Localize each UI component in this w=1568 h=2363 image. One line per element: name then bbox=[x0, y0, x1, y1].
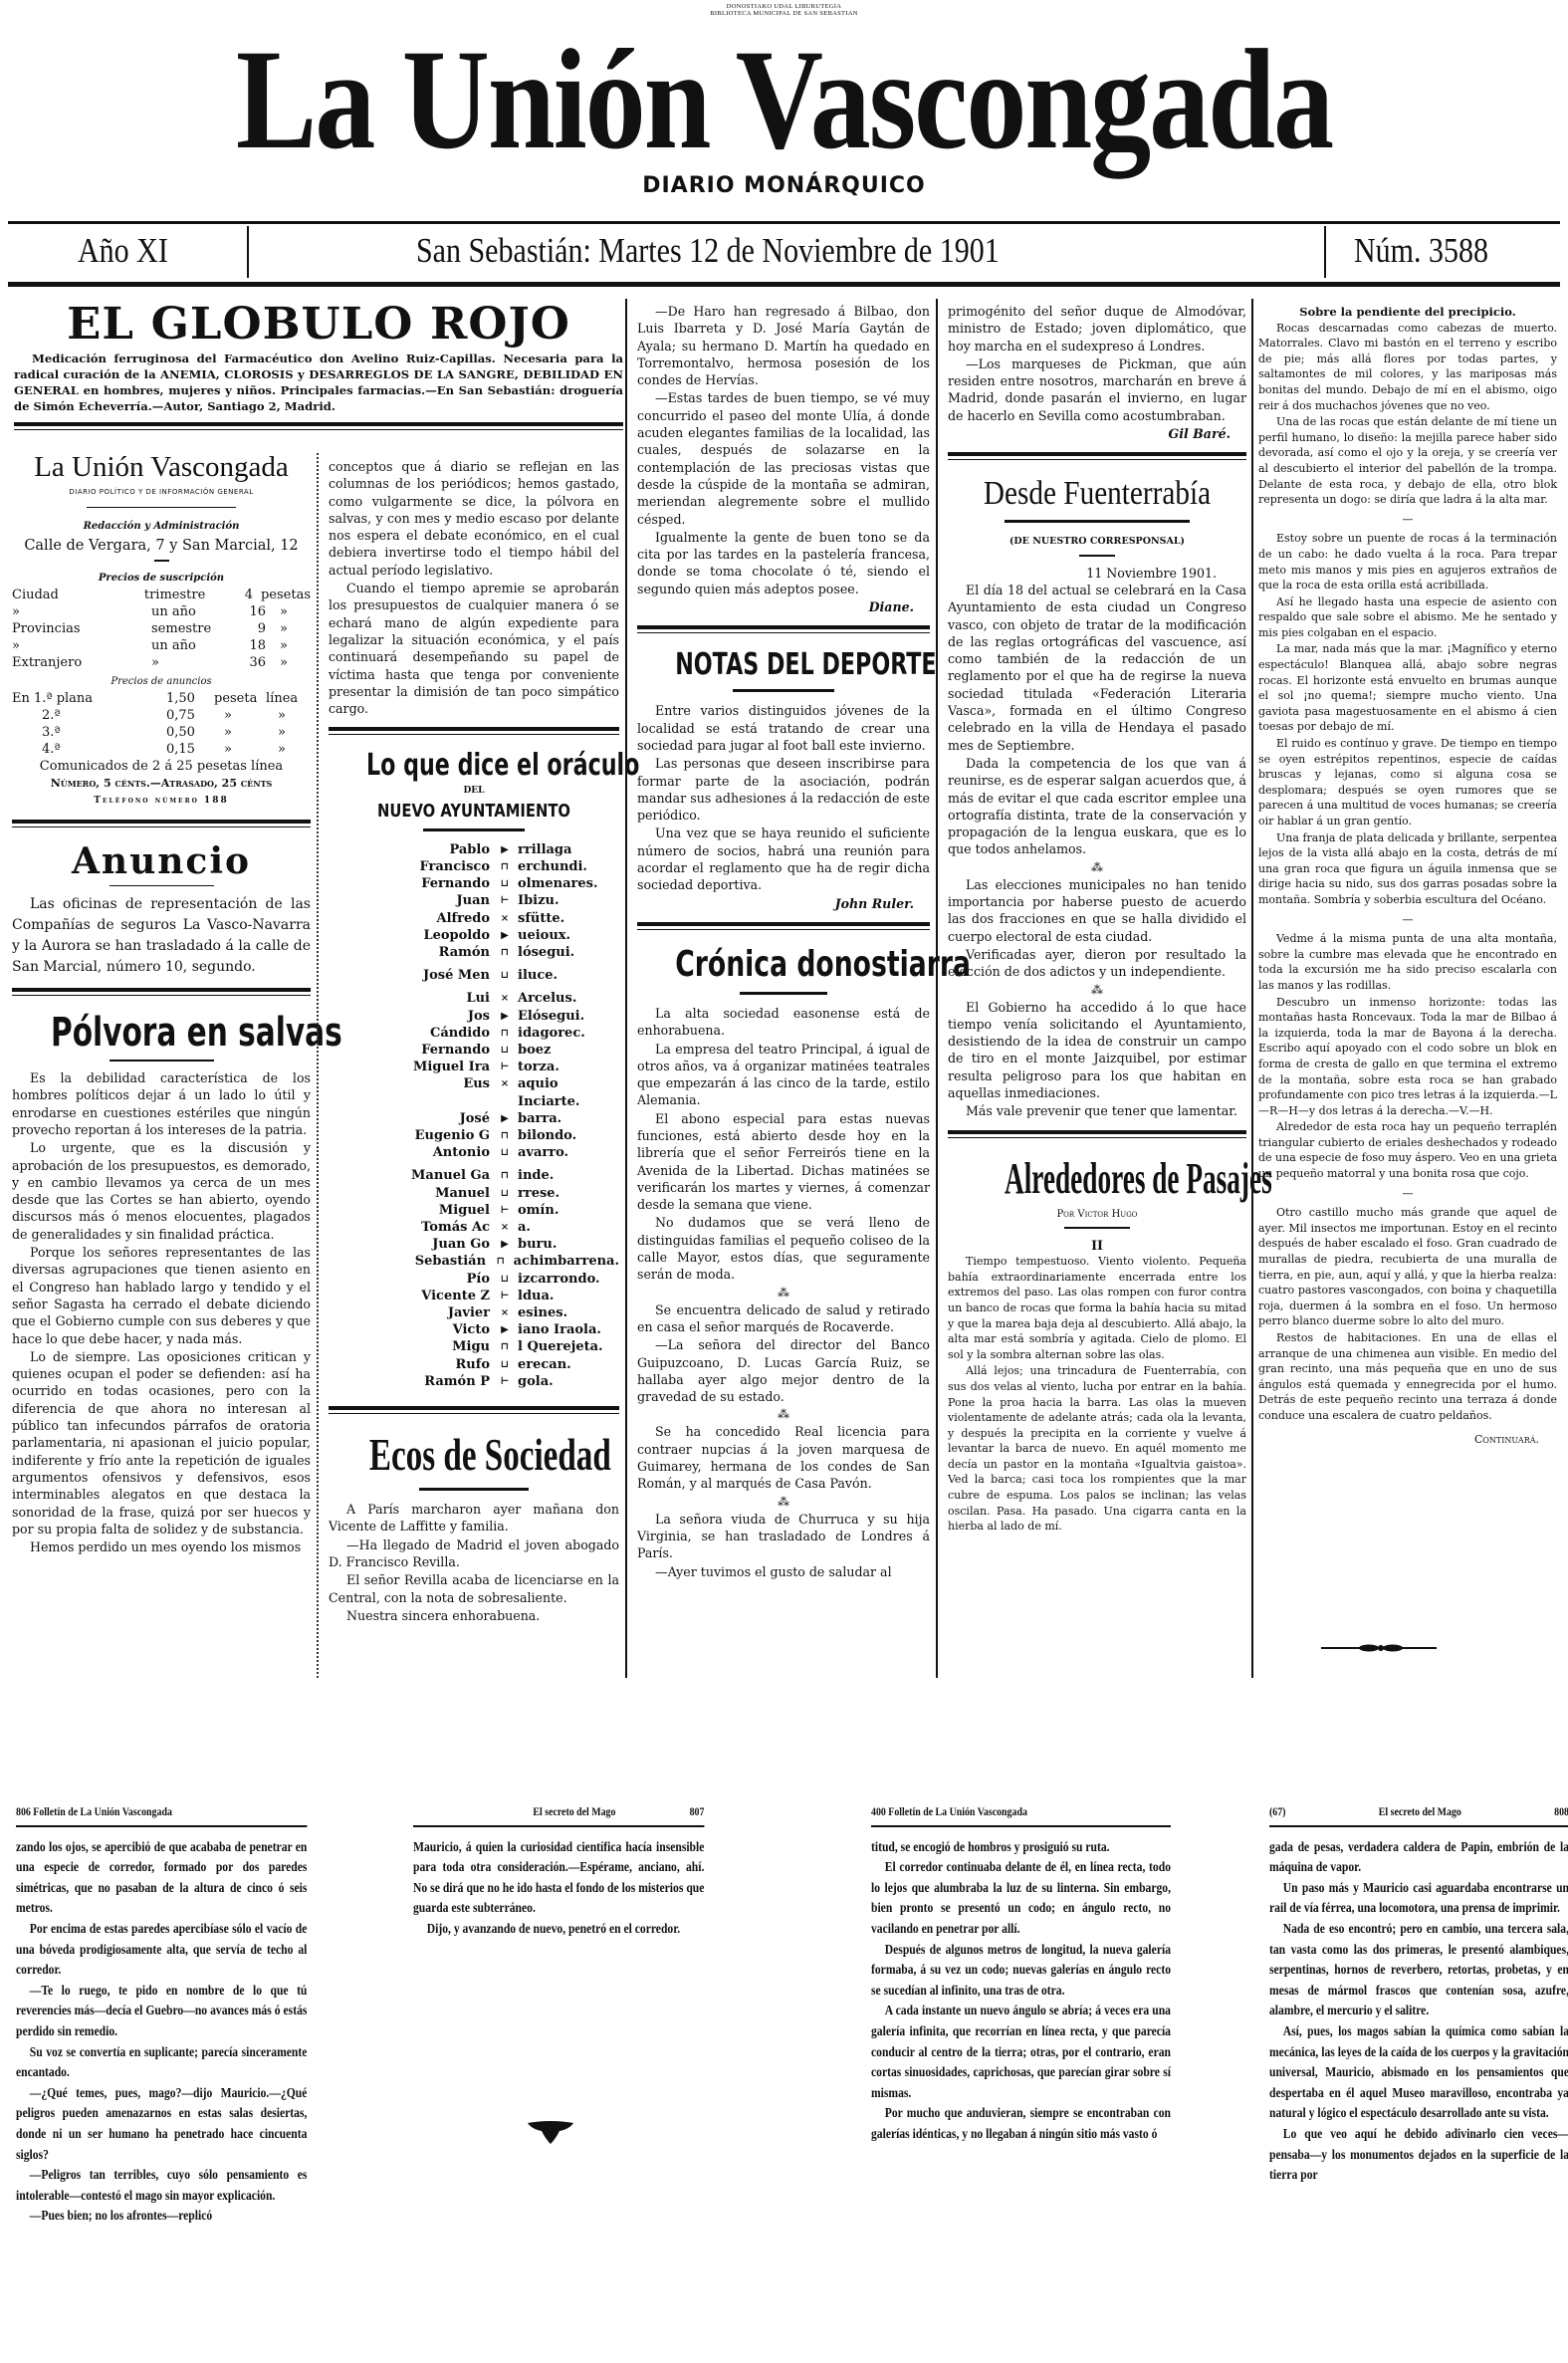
paragraph: —La señora del director del Banco Guipuz… bbox=[637, 1336, 930, 1405]
paragraph: La señora viuda de Churruca y su hija Vi… bbox=[637, 1511, 930, 1562]
cipher-glyph-icon: ⨯ bbox=[496, 990, 514, 1007]
issue-year: Año XI bbox=[78, 232, 168, 271]
cipher-glyph-icon: ⨯ bbox=[496, 1075, 514, 1109]
paragraph: Se ha concedido Real licencia para contr… bbox=[637, 1423, 930, 1492]
anuncio-text: Las oficinas de representación de las Co… bbox=[12, 894, 311, 978]
fuenterrabia-title: Desde Fuenterrabía bbox=[969, 474, 1226, 514]
oraculo-given-name: Cándido bbox=[329, 1025, 496, 1042]
oraculo-row: Ramón P⊢gola. bbox=[329, 1373, 619, 1390]
oraculo-row: José▶barra. bbox=[329, 1110, 619, 1127]
paragraph: titud, se encogió de hombros y prosiguió… bbox=[871, 1837, 1171, 1858]
oraculo-row: Victo▶iano Iraola. bbox=[329, 1321, 619, 1338]
paragraph: Lo de siempre. Las oposiciones critican … bbox=[12, 1348, 311, 1537]
ads-table: En 1.ª plana1,50pesetalínea 2.ª0,75»» 3.… bbox=[12, 690, 311, 758]
cipher-glyph-icon: ⨯ bbox=[496, 1219, 514, 1236]
paragraph: Dada la competencia de los que van á reu… bbox=[948, 755, 1246, 858]
signature: Gil Baré. bbox=[948, 425, 1246, 442]
polvora-title: Pólvora en salvas bbox=[51, 1010, 272, 1056]
oraculo-given-name: Vicente Z bbox=[329, 1288, 496, 1304]
oraculo-surname-fragment: bilondo. bbox=[514, 1127, 619, 1144]
oraculo-row: Fernando⊔boez bbox=[329, 1042, 619, 1059]
article-pasajes: Alrededores de Pasajes Por Victor Hugo I… bbox=[948, 1152, 1246, 1535]
divider bbox=[329, 727, 619, 735]
column-3: —De Haro han regresado á Bilbao, don Lui… bbox=[637, 303, 930, 1581]
paragraph: El señor Revilla acaba de licenciarse en… bbox=[329, 1571, 619, 1606]
divider bbox=[948, 452, 1246, 460]
oraculo-row: Pablo▶rrillaga bbox=[329, 841, 619, 858]
issue-date: San Sebastián: Martes 12 de Noviembre de… bbox=[416, 232, 1000, 271]
asterism: ⁂ bbox=[637, 1496, 930, 1508]
oraculo-surname-fragment: torza. bbox=[514, 1059, 619, 1075]
cipher-glyph-icon: ⊔ bbox=[496, 1042, 514, 1059]
paragraph: Estoy sobre un puente de rocas á la term… bbox=[1258, 531, 1557, 592]
paragraph: zando los ojos, se apercibió de que acab… bbox=[16, 1837, 307, 1919]
oraculo-given-name: Eus bbox=[329, 1075, 496, 1109]
oraculo-given-name: Eugenio G bbox=[329, 1127, 496, 1144]
paragraph: Cuando el tiempo apremie se aprobarán lo… bbox=[329, 580, 619, 717]
issue-prices: Número, 5 cénts.—Atrasado, 25 cénts bbox=[12, 775, 311, 792]
oraculo-surname-fragment: achimbarrena. bbox=[510, 1253, 619, 1270]
oraculo-given-name: Juan Go bbox=[329, 1236, 496, 1253]
oraculo-row: Lui⨯Arcelus. bbox=[329, 990, 619, 1007]
divider bbox=[948, 1130, 1246, 1138]
oraculo-surname-fragment: avarro. bbox=[514, 1144, 619, 1161]
paragraph: La alta sociedad easonense está de enhor… bbox=[637, 1005, 930, 1040]
oraculo-row: Eugenio G⊓bilondo. bbox=[329, 1127, 619, 1144]
paragraph: —Estas tardes de buen tiempo, se vé muy … bbox=[637, 389, 930, 527]
anuncio-title: Anuncio bbox=[12, 841, 311, 881]
paragraph: —Pues bien; no los afrontes—replicó bbox=[16, 2206, 307, 2227]
article-deporte: NOTAS DEL DEPORTE Entre varios distingui… bbox=[637, 647, 930, 912]
divider bbox=[419, 1488, 530, 1491]
dateline-bar: Año XI San Sebastián: Martes 12 de Novie… bbox=[8, 221, 1560, 287]
paragraph: El ruido es contínuo y grave. De tiempo … bbox=[1258, 736, 1557, 829]
archive-stamp-line: BIBLIOTECA MUNICIPAL DE SAN SEBASTIAN bbox=[0, 10, 1568, 17]
paragraph: primogénito del señor duque de Almodóvar… bbox=[948, 303, 1246, 354]
oraculo-row: Miguel Ira⊢torza. bbox=[329, 1059, 619, 1075]
oraculo-surname-fragment: Elósegui. bbox=[514, 1008, 619, 1025]
oraculo-surname-fragment: Ibizu. bbox=[514, 892, 619, 909]
cipher-glyph-icon: ⊔ bbox=[496, 875, 514, 892]
pasajes-title: Alrededores de Pasajes bbox=[1005, 1152, 1190, 1206]
divider bbox=[154, 560, 169, 562]
divider bbox=[1079, 555, 1115, 557]
folletin-header: (67)El secreto del Mago808 bbox=[1269, 1802, 1568, 1827]
cipher-glyph-icon: ⊔ bbox=[496, 1271, 514, 1288]
oraculo-surname-fragment: rrese. bbox=[514, 1185, 619, 1202]
paragraph: Lo que veo aquí he debido adivinarlo cie… bbox=[1269, 2124, 1568, 2186]
paragraph: Nuestra sincera enhorabuena. bbox=[329, 1607, 619, 1624]
paragraph: —Peligros tan terribles, cuyo sólo pensa… bbox=[16, 2165, 307, 2206]
ad-title: EL GLOBULO ROJO bbox=[8, 299, 629, 351]
info-box: La Unión Vascongada DIARIO POLÍTICO Y DE… bbox=[12, 450, 311, 810]
article-anuncio: Anuncio Las oficinas de representación d… bbox=[12, 841, 311, 978]
paragraph: Una franja de plata delicada y brillante… bbox=[1258, 830, 1557, 908]
paragraph: Igualmente la gente de buen tono se da c… bbox=[637, 529, 930, 597]
cronica-title: Crónica donostiarra bbox=[675, 944, 892, 986]
paragraph: El Gobierno ha accedido á lo que hace ti… bbox=[948, 999, 1246, 1102]
oraculo-given-name: Migu bbox=[329, 1338, 496, 1355]
oraculo-given-name: Rufo bbox=[329, 1356, 496, 1373]
oraculo-row: Antonio⊔avarro. bbox=[329, 1144, 619, 1161]
paragraph: Se encuentra delicado de salud y retirad… bbox=[637, 1301, 930, 1336]
paragraph: Un paso más y Mauricio casi aguardaba en… bbox=[1269, 1878, 1568, 1919]
oraculo-row: Fernando⊔olmenares. bbox=[329, 875, 619, 892]
precipicio-title: Sobre la pendiente del precipicio. bbox=[1258, 305, 1557, 321]
oraculo-given-name: Manuel Ga bbox=[329, 1167, 496, 1184]
divider bbox=[12, 820, 311, 827]
fuenterrabia-date: 11 Noviembre 1901. bbox=[948, 565, 1246, 582]
oraculo-row: Juan Go▶buru. bbox=[329, 1236, 619, 1253]
oraculo-given-name: Alfredo bbox=[329, 910, 496, 927]
cipher-glyph-icon: ▶ bbox=[496, 1321, 514, 1338]
divider bbox=[329, 1406, 619, 1414]
oraculo-given-name: Juan bbox=[329, 892, 496, 909]
divider bbox=[733, 689, 835, 692]
divider bbox=[740, 992, 827, 995]
ads-row: 2.ª0,75»» bbox=[12, 707, 311, 724]
cipher-glyph-icon: ⊓ bbox=[492, 1253, 510, 1270]
divider bbox=[1064, 1227, 1130, 1229]
paragraph: Tiempo tempestuoso. Viento violento. Peq… bbox=[948, 1254, 1246, 1362]
ad-globulo-rojo: EL GLOBULO ROJO Medicación ferruginosa d… bbox=[14, 299, 623, 430]
oraculo-surname-fragment: erchundi. bbox=[514, 858, 619, 875]
column-rule bbox=[936, 299, 938, 1678]
paragraph: gada de pesas, verdadera caldera de Papi… bbox=[1269, 1837, 1568, 1878]
oraculo-row: Vicente Z⊢ldua. bbox=[329, 1288, 619, 1304]
oraculo-row: Francisco⊓erchundi. bbox=[329, 858, 619, 875]
ads-label: Precios de anuncios bbox=[12, 673, 311, 690]
article-ecos: Ecos de Sociedad A París marcharon ayer … bbox=[329, 1428, 619, 1624]
oraculo-row: Jos▶Elósegui. bbox=[329, 1008, 619, 1025]
folletin-header: El secreto del Mago807 bbox=[413, 1802, 704, 1827]
cipher-glyph-icon: ⊔ bbox=[496, 1356, 514, 1373]
paragraph: El corredor continuaba delante de él, en… bbox=[871, 1857, 1171, 1939]
oraculo-surname-fragment: boez bbox=[514, 1042, 619, 1059]
column-1: La Unión Vascongada DIARIO POLÍTICO Y DE… bbox=[12, 450, 311, 1556]
oraculo-row: Manuel⊔rrese. bbox=[329, 1185, 619, 1202]
paragraph: Nada de eso encontró; pero en cambio, un… bbox=[1269, 1919, 1568, 2021]
paragraph: Dijo, y avanzando de nuevo, penetró en e… bbox=[413, 1919, 704, 1940]
subs-row: »un año16» bbox=[12, 603, 311, 620]
masthead-subtitle: DIARIO MONÁRQUICO bbox=[0, 173, 1568, 198]
cipher-glyph-icon: ⨯ bbox=[496, 910, 514, 927]
folletin-header: 400 Folletín de La Unión Vascongada bbox=[871, 1802, 1171, 1827]
paragraph: Verificadas ayer, dieron por resultado l… bbox=[948, 946, 1246, 981]
asterism: ⁂ bbox=[948, 984, 1246, 996]
oraculo-surname-fragment: lósegui. bbox=[514, 944, 619, 961]
spacer bbox=[329, 1390, 619, 1396]
asterism: ⁂ bbox=[637, 1287, 930, 1299]
cipher-glyph-icon: ⊓ bbox=[496, 1127, 514, 1144]
signature: John Ruler. bbox=[637, 895, 930, 912]
oraculo-given-name: Antonio bbox=[329, 1144, 496, 1161]
archive-stamp-line: DONOSTIAKO UDAL LIBURUTEGIA bbox=[0, 3, 1568, 10]
divider bbox=[423, 828, 525, 831]
cipher-glyph-icon: ▶ bbox=[496, 1008, 514, 1025]
oraculo-surname-fragment: erecan. bbox=[514, 1356, 619, 1373]
oraculo-row: Rufo⊔erecan. bbox=[329, 1356, 619, 1373]
folletin-page-806: 806 Folletín de La Unión Vascongada zand… bbox=[16, 1802, 307, 2227]
oraculo-surname-fragment: rrillaga bbox=[514, 841, 619, 858]
paragraph: conceptos que á diario se reflejan en la… bbox=[329, 458, 619, 579]
oraculo-row: Leopoldo▶ueioux. bbox=[329, 927, 619, 944]
paragraph: Así he llegado hasta una especie de asie… bbox=[1258, 594, 1557, 641]
oraculo-row: Alfredo⨯sfütte. bbox=[329, 910, 619, 927]
oraculo-given-name: Javier bbox=[329, 1304, 496, 1321]
issue-number: Núm. 3588 bbox=[1354, 232, 1488, 271]
oraculo-list: Pablo▶rrillagaFrancisco⊓erchundi.Fernand… bbox=[329, 841, 619, 1396]
oraculo-surname-fragment: sfütte. bbox=[514, 910, 619, 927]
cipher-glyph-icon: ⊢ bbox=[496, 1059, 514, 1075]
oraculo-given-name: Fernando bbox=[329, 1042, 496, 1059]
column-5: Sobre la pendiente del precipicio. Rocas… bbox=[1258, 305, 1557, 1447]
column-rule bbox=[625, 299, 627, 1678]
oraculo-given-name: Francisco bbox=[329, 858, 496, 875]
oraculo-given-name: Miguel Ira bbox=[329, 1059, 496, 1075]
oraculo-surname-fragment: omín. bbox=[514, 1202, 619, 1219]
paragraph: A París marcharon ayer mañana don Vicent… bbox=[329, 1501, 619, 1536]
divider bbox=[637, 625, 930, 633]
divider bbox=[637, 922, 930, 930]
admin-label: Redacción y Administración bbox=[12, 518, 311, 535]
paragraph: Así, pues, los magos sabían la química c… bbox=[1269, 2021, 1568, 2124]
subs-row: Ciudadtrimestre4pesetas bbox=[12, 587, 311, 603]
ads-row: En 1.ª plana1,50pesetalínea bbox=[12, 690, 311, 707]
cipher-glyph-icon: ⊓ bbox=[496, 1167, 514, 1184]
archive-stamp: DONOSTIAKO UDAL LIBURUTEGIA BIBLIOTECA M… bbox=[0, 3, 1568, 17]
column-rule bbox=[1251, 299, 1253, 1678]
oraculo-given-name: Leopoldo bbox=[329, 927, 496, 944]
deporte-title: NOTAS DEL DEPORTE bbox=[675, 647, 892, 683]
asterism: ⁂ bbox=[637, 1408, 930, 1420]
paragraph: Una de las rocas que están delante de mí… bbox=[1258, 414, 1557, 508]
article-oraculo: Lo que dice el oráculo DEL NUEVO AYUNTAM… bbox=[329, 749, 619, 1396]
paragraph: —Los marqueses de Pickman, que aún resid… bbox=[948, 355, 1246, 424]
oraculo-row: Ramón⊓lósegui. bbox=[329, 944, 619, 961]
asterism: ⁂ bbox=[948, 861, 1246, 873]
telefono: Teléfono número 188 bbox=[12, 793, 311, 810]
end-ornament-icon bbox=[1319, 1643, 1439, 1653]
oraculo-row: Sebastián⊓achimbarrena. bbox=[329, 1253, 619, 1270]
ads-row: 3.ª0,50»» bbox=[12, 724, 311, 741]
paragraph: Después de algunos metros de longitud, l… bbox=[871, 1940, 1171, 2002]
article-cronica: Crónica donostiarra La alta sociedad eas… bbox=[637, 944, 930, 1580]
oraculo-surname-fragment: aquio Inciarte. bbox=[514, 1075, 619, 1109]
oraculo-row: Eus⨯aquio Inciarte. bbox=[329, 1075, 619, 1109]
oraculo-given-name: Pablo bbox=[329, 841, 496, 858]
paragraph: Lo urgente, que es la discusión y aproba… bbox=[12, 1139, 311, 1243]
pasajes-section: II bbox=[948, 1237, 1246, 1254]
paragraph: La empresa del teatro Principal, á igual… bbox=[637, 1041, 930, 1109]
oraculo-given-name: Ramón bbox=[329, 944, 496, 961]
cipher-glyph-icon: ▶ bbox=[496, 841, 514, 858]
cipher-glyph-icon: ⊓ bbox=[496, 1025, 514, 1042]
cipher-glyph-icon: ⊓ bbox=[496, 1338, 514, 1355]
oraculo-row: José Men⊔iluce. bbox=[329, 967, 619, 984]
paragraph: Allá lejos; una trincadura de Fuenterrab… bbox=[948, 1363, 1246, 1535]
cipher-glyph-icon: ▶ bbox=[496, 1236, 514, 1253]
paragraph: Entre varios distinguidos jóvenes de la … bbox=[637, 702, 930, 754]
oraculo-surname-fragment: iano Iraola. bbox=[514, 1321, 619, 1338]
cipher-glyph-icon: ⊓ bbox=[496, 858, 514, 875]
oraculo-row: Juan⊢Ibizu. bbox=[329, 892, 619, 909]
oraculo-row: Cándido⊓idagorec. bbox=[329, 1025, 619, 1042]
comunicados: Comunicados de 2 á 25 pesetas línea bbox=[12, 758, 311, 775]
article-fuenterrabia: Desde Fuenterrabía (DE NUESTRO CORRESPON… bbox=[948, 474, 1246, 1119]
paragraph: Las personas que deseen inscribirse para… bbox=[637, 755, 930, 824]
section-break: — bbox=[1258, 1186, 1557, 1202]
oraculo-surname-fragment: inde. bbox=[514, 1167, 619, 1184]
paragraph: No dudamos que se verá lleno de distingu… bbox=[637, 1214, 930, 1283]
subs-table: Ciudadtrimestre4pesetas »un año16» Provi… bbox=[12, 587, 311, 671]
paragraph: —Te lo ruego, te pido en nombre de lo qu… bbox=[16, 1981, 307, 2042]
oraculo-surname-fragment: a. bbox=[514, 1219, 619, 1236]
oraculo-given-name: Sebastián bbox=[329, 1253, 492, 1270]
paragraph: —Ayer tuvimos el gusto de saludar al bbox=[637, 1563, 930, 1580]
divider bbox=[87, 507, 236, 508]
oraculo-given-name: José Men bbox=[329, 967, 496, 984]
masthead-title: La Unión Vascongada bbox=[0, 30, 1568, 171]
cipher-glyph-icon: ⊔ bbox=[496, 967, 514, 984]
paragraph: Más vale prevenir que tener que lamentar… bbox=[948, 1102, 1246, 1119]
pasajes-body: Tiempo tempestuoso. Viento violento. Peq… bbox=[948, 1254, 1246, 1535]
paragraph: Descubro un inmenso horizonte: todas las… bbox=[1258, 995, 1557, 1119]
subs-row: Provinciassemestre9» bbox=[12, 620, 311, 637]
oraculo-given-name: Ramón P bbox=[329, 1373, 496, 1390]
paragraph: —¿Qué temes, pues, mago?—dijo Mauricio.—… bbox=[16, 2083, 307, 2165]
oraculo-title: Lo que dice el oráculo bbox=[366, 749, 581, 783]
paragraph: —Ha llegado de Madrid el joven abogado D… bbox=[329, 1536, 619, 1571]
paragraph: Una vez que se haya reunido el suficient… bbox=[637, 825, 930, 893]
address: Calle de Vergara, 7 y San Marcial, 12 bbox=[12, 536, 311, 556]
subs-label: Precios de suscripción bbox=[12, 570, 311, 587]
paragraph: Vedme á la misma punta de una alta monta… bbox=[1258, 931, 1557, 993]
ads-row: 4.ª0,15»» bbox=[12, 741, 311, 758]
divider bbox=[1005, 520, 1190, 523]
paragraph: Hemos perdido un mes oyendo los mismos bbox=[12, 1538, 311, 1555]
column-4: primogénito del señor duque de Almodóvar… bbox=[948, 303, 1246, 1536]
paragraph: Su voz se convertía en suplicante; parec… bbox=[16, 2042, 307, 2083]
column-2: conceptos que á diario se reflejan en la… bbox=[329, 458, 619, 1625]
info-title: La Unión Vascongada bbox=[12, 450, 311, 484]
paragraph: Por encima de estas paredes apercibíase … bbox=[16, 1919, 307, 1981]
oraculo-surname-fragment: izcarrondo. bbox=[514, 1271, 619, 1288]
paragraph: Otro castillo mucho más grande que aquel… bbox=[1258, 1205, 1557, 1329]
oraculo-given-name: Fernando bbox=[329, 875, 496, 892]
pasajes-byline: Por Victor Hugo bbox=[948, 1206, 1246, 1223]
continuara: Continuará. bbox=[1258, 1432, 1557, 1448]
article-polvora: Pólvora en salvas Es la debilidad caract… bbox=[12, 1010, 311, 1555]
oraculo-surname-fragment: iluce. bbox=[514, 967, 619, 984]
cipher-glyph-icon: ⊢ bbox=[496, 1288, 514, 1304]
oraculo-given-name: Jos bbox=[329, 1008, 496, 1025]
oraculo-surname-fragment: gola. bbox=[514, 1373, 619, 1390]
info-tagline: DIARIO POLÍTICO Y DE INFORMACIÓN GENERAL bbox=[12, 484, 311, 501]
fuenterrabia-byline: (DE NUESTRO CORRESPONSAL) bbox=[948, 533, 1246, 550]
paragraph: A cada instante un nuevo ángulo se abría… bbox=[871, 2001, 1171, 2103]
oraculo-surname-fragment: buru. bbox=[514, 1236, 619, 1253]
cipher-glyph-icon: ▶ bbox=[496, 1110, 514, 1127]
oraculo-surname-fragment: Arcelus. bbox=[514, 990, 619, 1007]
oraculo-del: DEL bbox=[329, 783, 619, 800]
oraculo-row: Pío⊔izcarrondo. bbox=[329, 1271, 619, 1288]
paragraph: Las elecciones municipales no han tenido… bbox=[948, 876, 1246, 945]
oraculo-given-name: José bbox=[329, 1110, 496, 1127]
folletin-page-807: El secreto del Mago807 Mauricio, á quien… bbox=[413, 1802, 704, 1940]
ad-text: Medicación ferruginosa del Farmacéutico … bbox=[14, 351, 623, 414]
paragraph: —De Haro han regresado á Bilbao, don Lui… bbox=[637, 303, 930, 388]
paragraph: Restos de habitaciones. En una de ellas … bbox=[1258, 1330, 1557, 1424]
oraculo-surname-fragment: ueioux. bbox=[514, 927, 619, 944]
cipher-glyph-icon: ⨯ bbox=[496, 1304, 514, 1321]
signature: Diane. bbox=[637, 598, 930, 615]
oraculo-row: Manuel Ga⊓inde. bbox=[329, 1167, 619, 1184]
folletin-page-400: 400 Folletín de La Unión Vascongada titu… bbox=[871, 1802, 1171, 2145]
paragraph: Rocas descarnadas como cabezas de muerto… bbox=[1258, 321, 1557, 414]
oraculo-row: Migu⊓l Querejeta. bbox=[329, 1338, 619, 1355]
ecos-title: Ecos de Sociedad bbox=[369, 1428, 578, 1482]
oraculo-row: Miguel⊢omín. bbox=[329, 1202, 619, 1219]
cipher-glyph-icon: ⊔ bbox=[496, 1185, 514, 1202]
section-break: — bbox=[1258, 912, 1557, 928]
paragraph: Es la debilidad característica de los ho… bbox=[12, 1069, 311, 1138]
oraculo-given-name: Victo bbox=[329, 1321, 496, 1338]
cipher-glyph-icon: ⊓ bbox=[496, 944, 514, 961]
paragraph: El día 18 del actual se celebrará en la … bbox=[948, 582, 1246, 754]
oraculo-surname-fragment: l Querejeta. bbox=[514, 1338, 619, 1355]
oraculo-given-name: Lui bbox=[329, 990, 496, 1007]
cipher-glyph-icon: ⊔ bbox=[496, 1144, 514, 1161]
cipher-glyph-icon: ⊢ bbox=[496, 1202, 514, 1219]
oraculo-surname-fragment: ldua. bbox=[514, 1288, 619, 1304]
oraculo-given-name: Tomás Ac bbox=[329, 1219, 496, 1236]
divider bbox=[110, 1060, 214, 1062]
paragraph: Mauricio, á quien la curiosidad científi… bbox=[413, 1837, 704, 1919]
paragraph: La mar, nada más que la mar. ¡Magnífico … bbox=[1258, 641, 1557, 735]
paragraph: Por mucho que anduvieran, siempre se enc… bbox=[871, 2103, 1171, 2144]
divider bbox=[247, 226, 249, 278]
oraculo-surname-fragment: esines. bbox=[514, 1304, 619, 1321]
divider bbox=[12, 988, 311, 996]
oraculo-given-name: Manuel bbox=[329, 1185, 496, 1202]
oraculo-surname-fragment: idagorec. bbox=[514, 1025, 619, 1042]
divider bbox=[14, 422, 623, 430]
oraculo-given-name: Pío bbox=[329, 1271, 496, 1288]
cipher-glyph-icon: ⊢ bbox=[496, 892, 514, 909]
paragraph: Porque los señores representantes de las… bbox=[12, 1244, 311, 1347]
vignette-ornament-icon bbox=[526, 2119, 575, 2145]
divider bbox=[1324, 226, 1326, 278]
column-rule bbox=[317, 453, 319, 1678]
paragraph: El abono especial para estas nuevas func… bbox=[637, 1110, 930, 1214]
oraculo-row: Javier⨯esines. bbox=[329, 1304, 619, 1321]
oraculo-given-name: Miguel bbox=[329, 1202, 496, 1219]
folletin-page-808: (67)El secreto del Mago808 gada de pesas… bbox=[1269, 1802, 1568, 2186]
cipher-glyph-icon: ▶ bbox=[496, 927, 514, 944]
oraculo-row: Tomás Ac⨯a. bbox=[329, 1219, 619, 1236]
oraculo-surname-fragment: olmenares. bbox=[514, 875, 619, 892]
oraculo-subtitle: NUEVO AYUNTAMIENTO bbox=[354, 801, 592, 823]
divider bbox=[110, 885, 214, 886]
cipher-glyph-icon: ⊢ bbox=[496, 1373, 514, 1390]
folletin-header: 806 Folletín de La Unión Vascongada bbox=[16, 1802, 307, 1827]
paragraph: Alrededor de esta roca hay un pequeño te… bbox=[1258, 1119, 1557, 1181]
subs-row: Extranjero»36» bbox=[12, 654, 311, 671]
oraculo-surname-fragment: barra. bbox=[514, 1110, 619, 1127]
section-break: — bbox=[1258, 512, 1557, 528]
subs-row: »un año18» bbox=[12, 637, 311, 654]
